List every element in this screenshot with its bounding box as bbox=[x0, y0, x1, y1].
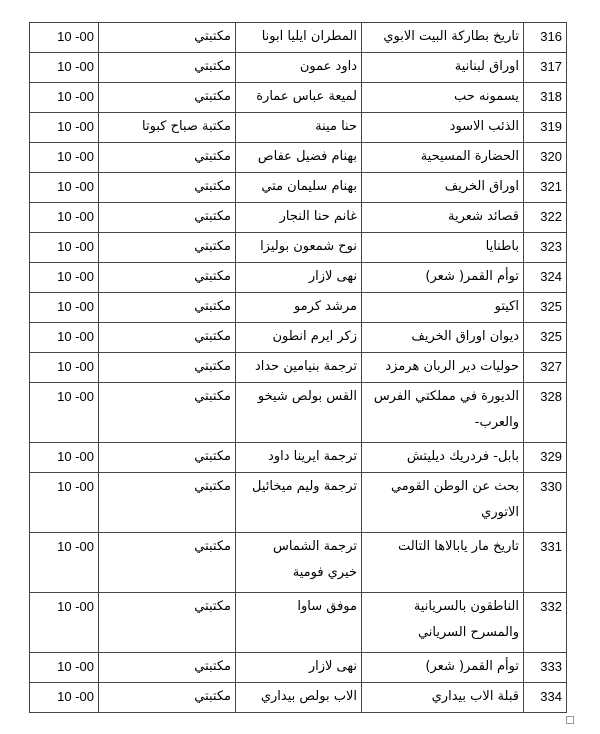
author-cell: بهنام فضيل عفاص bbox=[236, 143, 362, 173]
library-cell: مكتبتي bbox=[99, 233, 236, 263]
row-number-cell: 324 bbox=[524, 263, 567, 293]
title-cell: اكيتو bbox=[362, 293, 524, 323]
library-cell: مكتبتي bbox=[99, 323, 236, 353]
library-cell: مكتبتي bbox=[99, 473, 236, 533]
author-cell: موفق ساوا bbox=[236, 593, 362, 653]
price-cell: 10 -00 bbox=[30, 263, 99, 293]
row-number-cell: 325 bbox=[524, 323, 567, 353]
table-row: 325 اكيتو مرشد كرمو مكتبتي 10 -00 bbox=[30, 293, 567, 323]
author-cell: داود عمون bbox=[236, 53, 362, 83]
author-cell: الاب بولص بيداري bbox=[236, 683, 362, 713]
row-number-cell: 332 bbox=[524, 593, 567, 653]
library-cell: مكتبتي bbox=[99, 443, 236, 473]
table-row: 334 قبلة الاب بيداري الاب بولص بيداري مك… bbox=[30, 683, 567, 713]
row-number-cell: 330 bbox=[524, 473, 567, 533]
row-number-cell: 327 bbox=[524, 353, 567, 383]
row-number-cell: 325 bbox=[524, 293, 567, 323]
price-value: 10 -00 bbox=[57, 359, 94, 374]
price-value: 10 -00 bbox=[57, 179, 94, 194]
table-row: 329 بابل- فردريك ديليتش ترجمة ايرينا داو… bbox=[30, 443, 567, 473]
author-cell: ترجمة بنيامين حداد bbox=[236, 353, 362, 383]
library-cell: مكتبتي bbox=[99, 683, 236, 713]
price-cell: 10 -00 bbox=[30, 683, 99, 713]
price-value: 10 -00 bbox=[57, 269, 94, 284]
author-cell: ترجمة الشماس خيري فومية bbox=[236, 533, 362, 593]
price-value: 10 -00 bbox=[57, 659, 94, 674]
table-row: 317 اوراق لبنانية داود عمون مكتبتي 10 -0… bbox=[30, 53, 567, 83]
price-value: 10 -00 bbox=[57, 209, 94, 224]
title-cell: بحث عن الوطن القومي الاتوري bbox=[362, 473, 524, 533]
table-row: 319 الذئب الاسود حنا مينة مكتبة صباح كبو… bbox=[30, 113, 567, 143]
row-number-cell: 319 bbox=[524, 113, 567, 143]
price-cell: 10 -00 bbox=[30, 53, 99, 83]
price-value: 10 -00 bbox=[57, 599, 94, 614]
table-row: 318 يسمونه حب لميعة عباس عمارة مكتبتي 10… bbox=[30, 83, 567, 113]
library-cell: مكتبتي bbox=[99, 53, 236, 83]
author-cell: المطران ايليا ابونا bbox=[236, 23, 362, 53]
table-row: 327 حوليات دير الربان هرمزد ترجمة بنيامي… bbox=[30, 353, 567, 383]
library-cell: مكتبة صباح كبوتا bbox=[99, 113, 236, 143]
row-number-cell: 333 bbox=[524, 653, 567, 683]
price-cell: 10 -00 bbox=[30, 83, 99, 113]
author-cell: نهى لازار bbox=[236, 263, 362, 293]
price-value: 10 -00 bbox=[57, 149, 94, 164]
author-cell: زكر ايرم انطون bbox=[236, 323, 362, 353]
row-number-cell: 316 bbox=[524, 23, 567, 53]
title-cell: توأم القمر( شعر) bbox=[362, 653, 524, 683]
title-cell: الذئب الاسود bbox=[362, 113, 524, 143]
author-cell: مرشد كرمو bbox=[236, 293, 362, 323]
price-value: 10 -00 bbox=[57, 239, 94, 254]
row-number-cell: 318 bbox=[524, 83, 567, 113]
row-number-cell: 323 bbox=[524, 233, 567, 263]
title-cell: تاريخ بطاركة البيت الابوي bbox=[362, 23, 524, 53]
author-cell: حنا مينة bbox=[236, 113, 362, 143]
price-cell: 10 -00 bbox=[30, 113, 99, 143]
table-row: 316 تاريخ بطاركة البيت الابوي المطران اي… bbox=[30, 23, 567, 53]
table-row: 324 توأم القمر( شعر) نهى لازار مكتبتي 10… bbox=[30, 263, 567, 293]
row-number-cell: 317 bbox=[524, 53, 567, 83]
price-cell: 10 -00 bbox=[30, 653, 99, 683]
price-cell: 10 -00 bbox=[30, 383, 99, 443]
library-cell: مكتبتي bbox=[99, 383, 236, 443]
price-cell: 10 -00 bbox=[30, 323, 99, 353]
price-cell: 10 -00 bbox=[30, 233, 99, 263]
title-cell: تاريخ مار يابالاها التالت bbox=[362, 533, 524, 593]
price-value: 10 -00 bbox=[57, 389, 94, 404]
row-number-cell: 329 bbox=[524, 443, 567, 473]
row-number-cell: 320 bbox=[524, 143, 567, 173]
library-cell: مكتبتي bbox=[99, 143, 236, 173]
price-value: 10 -00 bbox=[57, 89, 94, 104]
title-cell: اوراق الخريف bbox=[362, 173, 524, 203]
title-cell: يسمونه حب bbox=[362, 83, 524, 113]
price-value: 10 -00 bbox=[57, 689, 94, 704]
table-row: 322 قصائد شعرية غانم حنا النجار مكتبتي 1… bbox=[30, 203, 567, 233]
price-cell: 10 -00 bbox=[30, 533, 99, 593]
library-cell: مكتبتي bbox=[99, 23, 236, 53]
library-cell: مكتبتي bbox=[99, 83, 236, 113]
table-row: 332 الناطقون بالسريانية والمسرح السرياني… bbox=[30, 593, 567, 653]
price-cell: 10 -00 bbox=[30, 143, 99, 173]
price-cell: 10 -00 bbox=[30, 173, 99, 203]
title-cell: الحضارة المسيحية bbox=[362, 143, 524, 173]
book-catalog-table: 316 تاريخ بطاركة البيت الابوي المطران اي… bbox=[29, 22, 567, 713]
title-cell: باطنايا bbox=[362, 233, 524, 263]
price-value: 10 -00 bbox=[57, 119, 94, 134]
library-cell: مكتبتي bbox=[99, 263, 236, 293]
table-row: 330 بحث عن الوطن القومي الاتوري ترجمة ول… bbox=[30, 473, 567, 533]
price-cell: 10 -00 bbox=[30, 293, 99, 323]
title-cell: قبلة الاب بيداري bbox=[362, 683, 524, 713]
price-cell: 10 -00 bbox=[30, 23, 99, 53]
object-anchor-icon bbox=[566, 716, 574, 724]
document-page: 316 تاريخ بطاركة البيت الابوي المطران اي… bbox=[0, 0, 600, 734]
library-cell: مكتبتي bbox=[99, 203, 236, 233]
title-cell: ديوان اوراق الخريف bbox=[362, 323, 524, 353]
row-number-cell: 322 bbox=[524, 203, 567, 233]
library-cell: مكتبتي bbox=[99, 533, 236, 593]
title-cell: الديورة في مملكتي الفرس والعرب- bbox=[362, 383, 524, 443]
library-cell: مكتبتي bbox=[99, 173, 236, 203]
row-number-cell: 331 bbox=[524, 533, 567, 593]
author-cell: لميعة عباس عمارة bbox=[236, 83, 362, 113]
title-cell: قصائد شعرية bbox=[362, 203, 524, 233]
library-cell: مكتبتي bbox=[99, 353, 236, 383]
author-cell: نوح شمعون بوليزا bbox=[236, 233, 362, 263]
title-cell: الناطقون بالسريانية والمسرح السرياني bbox=[362, 593, 524, 653]
title-cell: اوراق لبنانية bbox=[362, 53, 524, 83]
book-table-body: 316 تاريخ بطاركة البيت الابوي المطران اي… bbox=[30, 23, 567, 713]
price-value: 10 -00 bbox=[57, 449, 94, 464]
author-cell: القس بولص شيخو bbox=[236, 383, 362, 443]
table-row: 331 تاريخ مار يابالاها التالت ترجمة الشم… bbox=[30, 533, 567, 593]
price-cell: 10 -00 bbox=[30, 443, 99, 473]
price-value: 10 -00 bbox=[57, 59, 94, 74]
library-cell: مكتبتي bbox=[99, 293, 236, 323]
table-row: 321 اوراق الخريف بهنام سليمان متي مكتبتي… bbox=[30, 173, 567, 203]
title-cell: حوليات دير الربان هرمزد bbox=[362, 353, 524, 383]
author-cell: غانم حنا النجار bbox=[236, 203, 362, 233]
row-number-cell: 328 bbox=[524, 383, 567, 443]
price-cell: 10 -00 bbox=[30, 473, 99, 533]
table-row: 320 الحضارة المسيحية بهنام فضيل عفاص مكت… bbox=[30, 143, 567, 173]
row-number-cell: 334 bbox=[524, 683, 567, 713]
price-cell: 10 -00 bbox=[30, 593, 99, 653]
price-value: 10 -00 bbox=[57, 299, 94, 314]
price-cell: 10 -00 bbox=[30, 353, 99, 383]
table-row: 328 الديورة في مملكتي الفرس والعرب- القس… bbox=[30, 383, 567, 443]
author-cell: نهى لازار bbox=[236, 653, 362, 683]
author-cell: ترجمة ايرينا داود bbox=[236, 443, 362, 473]
author-cell: ترجمة وليم ميخائيل bbox=[236, 473, 362, 533]
price-value: 10 -00 bbox=[57, 29, 94, 44]
row-number-cell: 321 bbox=[524, 173, 567, 203]
table-row: 333 توأم القمر( شعر) نهى لازار مكتبتي 10… bbox=[30, 653, 567, 683]
table-row: 325 ديوان اوراق الخريف زكر ايرم انطون مك… bbox=[30, 323, 567, 353]
title-cell: توأم القمر( شعر) bbox=[362, 263, 524, 293]
price-cell: 10 -00 bbox=[30, 203, 99, 233]
library-cell: مكتبتي bbox=[99, 653, 236, 683]
price-value: 10 -00 bbox=[57, 329, 94, 344]
library-cell: مكتبتي bbox=[99, 593, 236, 653]
table-row: 323 باطنايا نوح شمعون بوليزا مكتبتي 10 -… bbox=[30, 233, 567, 263]
price-value: 10 -00 bbox=[57, 539, 94, 554]
price-value: 10 -00 bbox=[57, 479, 94, 494]
author-cell: بهنام سليمان متي bbox=[236, 173, 362, 203]
title-cell: بابل- فردريك ديليتش bbox=[362, 443, 524, 473]
